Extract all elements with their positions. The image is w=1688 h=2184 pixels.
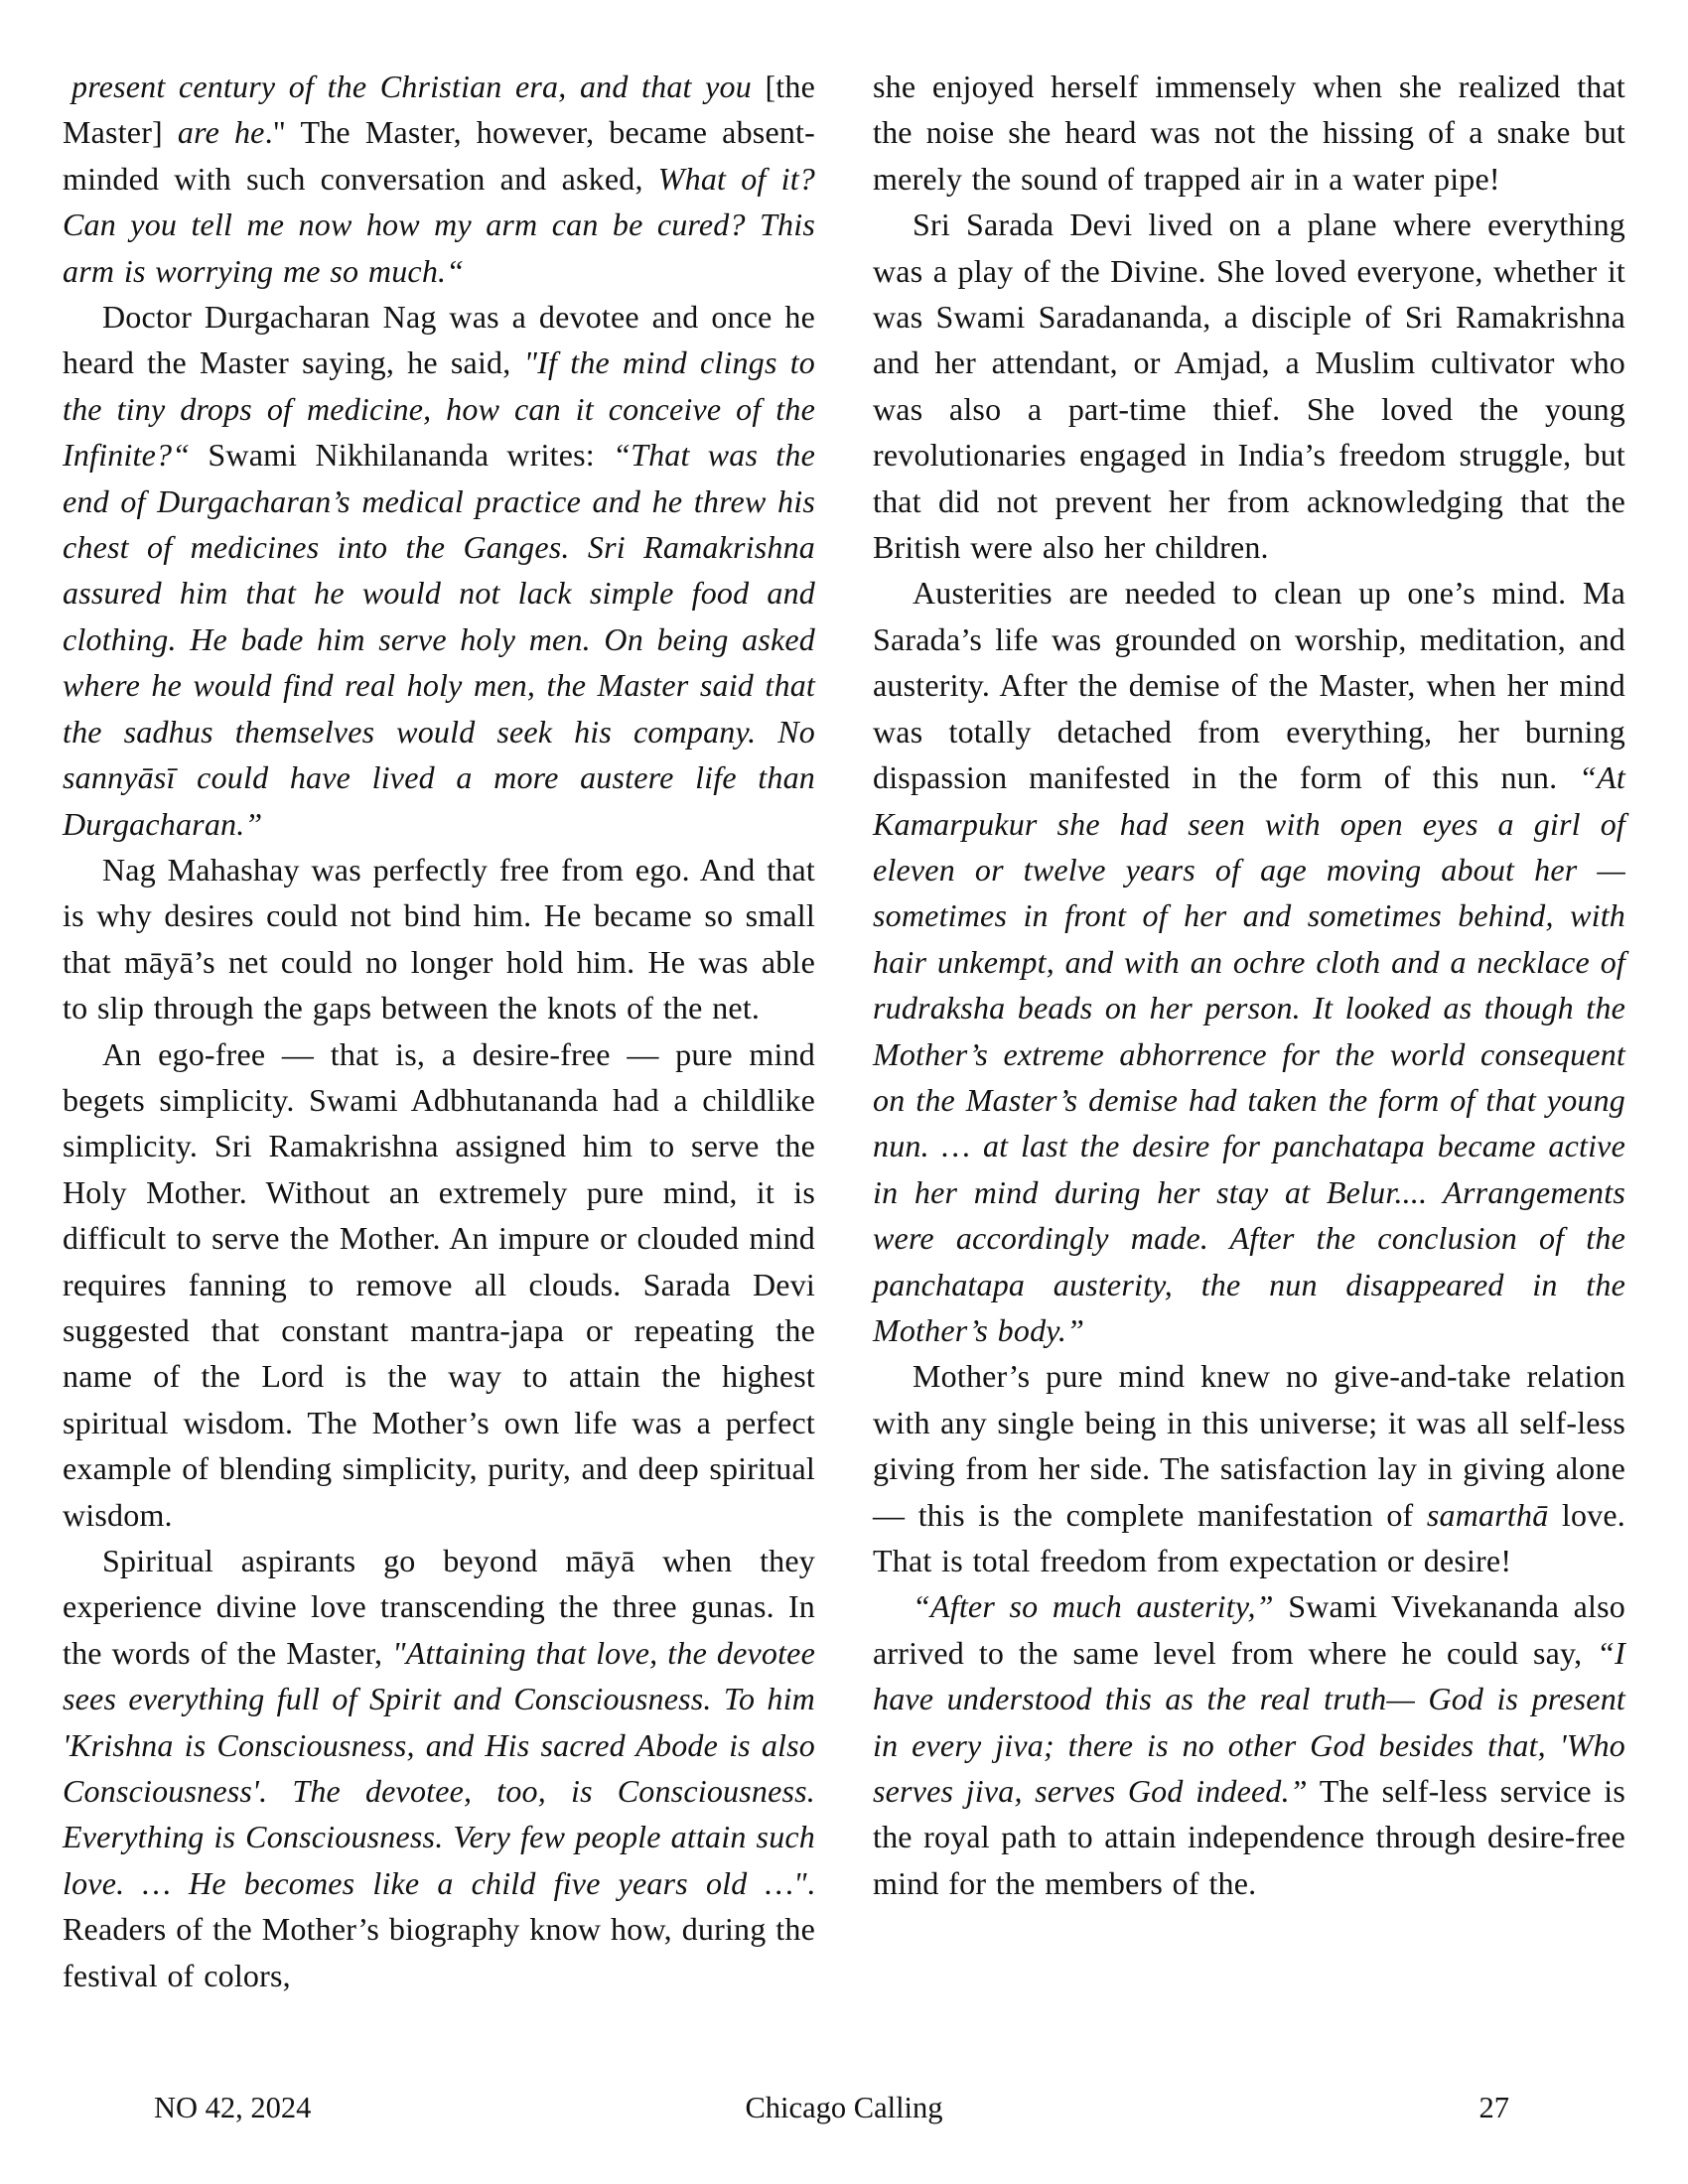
italic-text-run: “After so much austerity,” [913,1588,1274,1624]
text-run: Austerities are needed to clean up one’s… [873,575,1625,795]
italic-text-run: "Attaining that love, the devotee sees e… [63,1635,815,1901]
italic-text-run: “At Kamarpukur she had seen with open ey… [873,759,1625,1348]
paragraph: “After so much austerity,” Swami Vivekan… [873,1583,1625,1906]
footer-page-number: 27 [1479,2091,1510,2125]
magazine-page: present century of the Christian era, an… [0,0,1688,2184]
text-run: Swami Nikhilananda writes: [190,437,613,473]
paragraph: present century of the Christian era, an… [63,64,815,294]
text-run: she enjoyed herself immensely when she r… [873,68,1625,197]
footer-journal-title: Chicago Calling [745,2091,942,2125]
paragraph: she enjoyed herself immensely when she r… [873,64,1625,202]
paragraph: Spiritual aspirants go beyond māyā when … [63,1538,815,1998]
text-run: An ego-free — that is, a desire-free — p… [63,1036,815,1533]
right-text-column: she enjoyed herself immensely when she r… [873,64,1625,1906]
text-run: Nag Mahashay was perfectly free from ego… [63,852,815,1025]
italic-text-run: samarthā [1427,1497,1549,1533]
italic-text-run: “That was the end of Durgacharan’s medic… [63,437,815,841]
page-footer: NO 42, 2024 Chicago Calling 27 [0,2091,1688,2140]
paragraph: Doctor Durgacharan Nag was a devotee and… [63,294,815,847]
paragraph: Mother’s pure mind knew no give-and-take… [873,1353,1625,1583]
paragraph: An ego-free — that is, a desire-free — p… [63,1031,815,1538]
paragraph: Sri Sarada Devi lived on a plane where e… [873,202,1625,570]
paragraph: Austerities are needed to clean up one’s… [873,570,1625,1353]
left-text-column: present century of the Christian era, an… [63,64,815,1998]
paragraph: Nag Mahashay was perfectly free from ego… [63,847,815,1031]
italic-text-run: are he [178,114,265,150]
text-run: Sri Sarada Devi lived on a plane where e… [873,206,1625,565]
italic-text-run: present century of the Christian era, an… [71,68,765,104]
footer-issue-number: NO 42, 2024 [154,2091,311,2125]
